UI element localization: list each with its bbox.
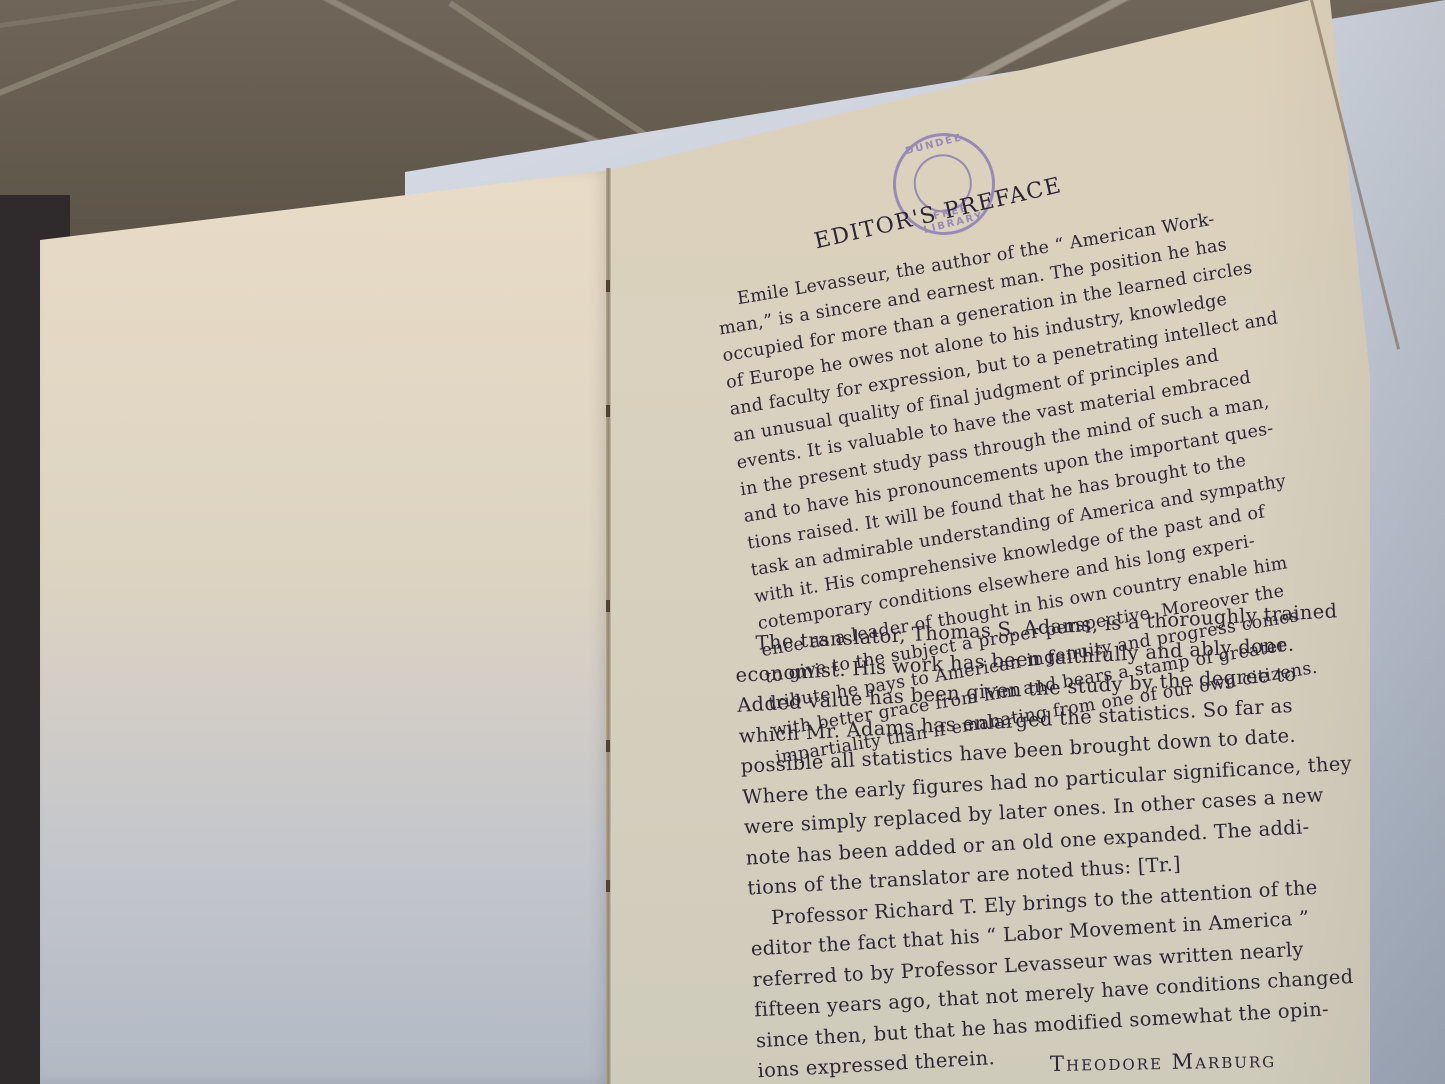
binding-stitch — [606, 880, 610, 892]
left-blank-page — [40, 170, 610, 1084]
binding-stitch — [606, 405, 610, 417]
binding-stitch — [606, 280, 610, 292]
binding-stitch — [606, 600, 610, 612]
author-signature: Theodore Marburg — [1050, 1048, 1277, 1076]
preface-paragraphs-2-3: The translator, Thomas S. Adams, is a th… — [733, 598, 1338, 1084]
book-gutter — [606, 168, 611, 1084]
ceiling-tile-seam — [0, 0, 736, 136]
ceiling-tile-seam — [0, 0, 644, 35]
binding-stitch — [606, 740, 610, 752]
